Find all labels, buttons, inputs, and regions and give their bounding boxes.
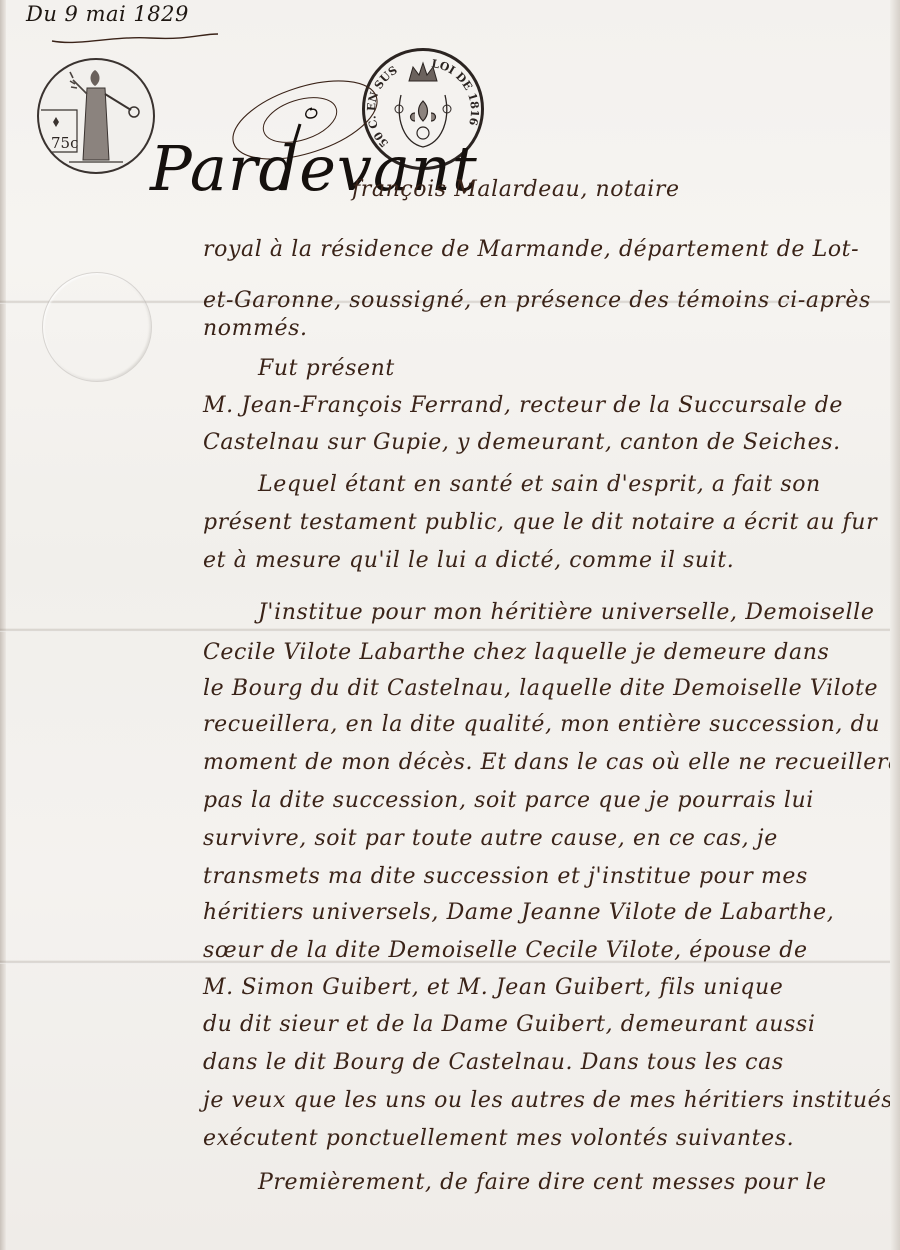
- svg-text:LOI DE 1816: LOI DE 1816: [430, 57, 481, 127]
- text-line-2: royal à la résidence de Marmande, départ…: [203, 237, 859, 262]
- embossed-seal: [42, 272, 152, 382]
- text-line-4: nommés.: [203, 316, 308, 341]
- manuscript-page: Du 9 mai 1829 75c 50 C. EN SUS LOI: [0, 0, 900, 1250]
- text-line-7: Castelnau sur Gupie, y demeurant, canton…: [203, 430, 841, 455]
- text-line-23: dans le dit Bourg de Castelnau. Dans tou…: [203, 1050, 784, 1075]
- text-line-18: transmets ma dite succession et j'instit…: [203, 864, 808, 889]
- text-line-20: sœur de la dite Demoiselle Cecile Vilote…: [203, 938, 808, 963]
- text-line-17: survivre, soit par toute autre cause, en…: [203, 826, 778, 851]
- text-line-14: recueillera, en la dite qualité, mon ent…: [203, 712, 880, 737]
- date-note: Du 9 mai 1829: [26, 2, 189, 26]
- stamp-text-right: LOI DE 1816: [430, 57, 481, 127]
- text-line-21: M. Simon Guibert, et M. Jean Guibert, fi…: [203, 975, 783, 1000]
- text-line-16: pas la dite succession, soit parce que j…: [203, 788, 814, 813]
- text-line-5: Fut présent: [258, 356, 395, 381]
- allegorical-figure-icon: [39, 60, 153, 172]
- text-line-19: héritiers universels, Dame Jeanne Vilote…: [203, 900, 834, 925]
- text-line-3: et-Garonne, soussigné, en présence des t…: [203, 288, 871, 313]
- text-line-25: exécutent ponctuellement mes volontés su…: [203, 1126, 794, 1151]
- text-line-6: M. Jean-François Ferrand, recteur de la …: [203, 393, 843, 418]
- text-line-26: Premièrement, de faire dire cent messes …: [258, 1170, 827, 1195]
- paper-fold: [0, 628, 900, 632]
- text-line-24: je veux que les uns ou les autres de mes…: [203, 1088, 893, 1113]
- text-line-13: le Bourg du dit Castelnau, laquelle dite…: [203, 676, 878, 701]
- text-line-10: et à mesure qu'il le lui a dicté, comme …: [203, 548, 734, 573]
- text-line-8: Lequel étant en santé et sain d'esprit, …: [258, 472, 821, 497]
- text-line-15: moment de mon décès. Et dans le cas où e…: [203, 750, 900, 775]
- text-line-9: présent testament public, que le dit not…: [203, 510, 877, 535]
- text-line-12: Cecile Vilote Labarthe chez laquelle je …: [203, 640, 829, 665]
- tax-stamp-75c: 75c: [37, 58, 155, 174]
- text-line-1: françois Malardeau, notaire: [352, 177, 680, 202]
- text-line-22: du dit sieur et de la Dame Guibert, deme…: [203, 1012, 815, 1037]
- stamp-value: 75c: [51, 134, 79, 152]
- text-line-11: J'institue pour mon héritière universell…: [258, 600, 874, 625]
- date-underline-flourish: [50, 32, 220, 46]
